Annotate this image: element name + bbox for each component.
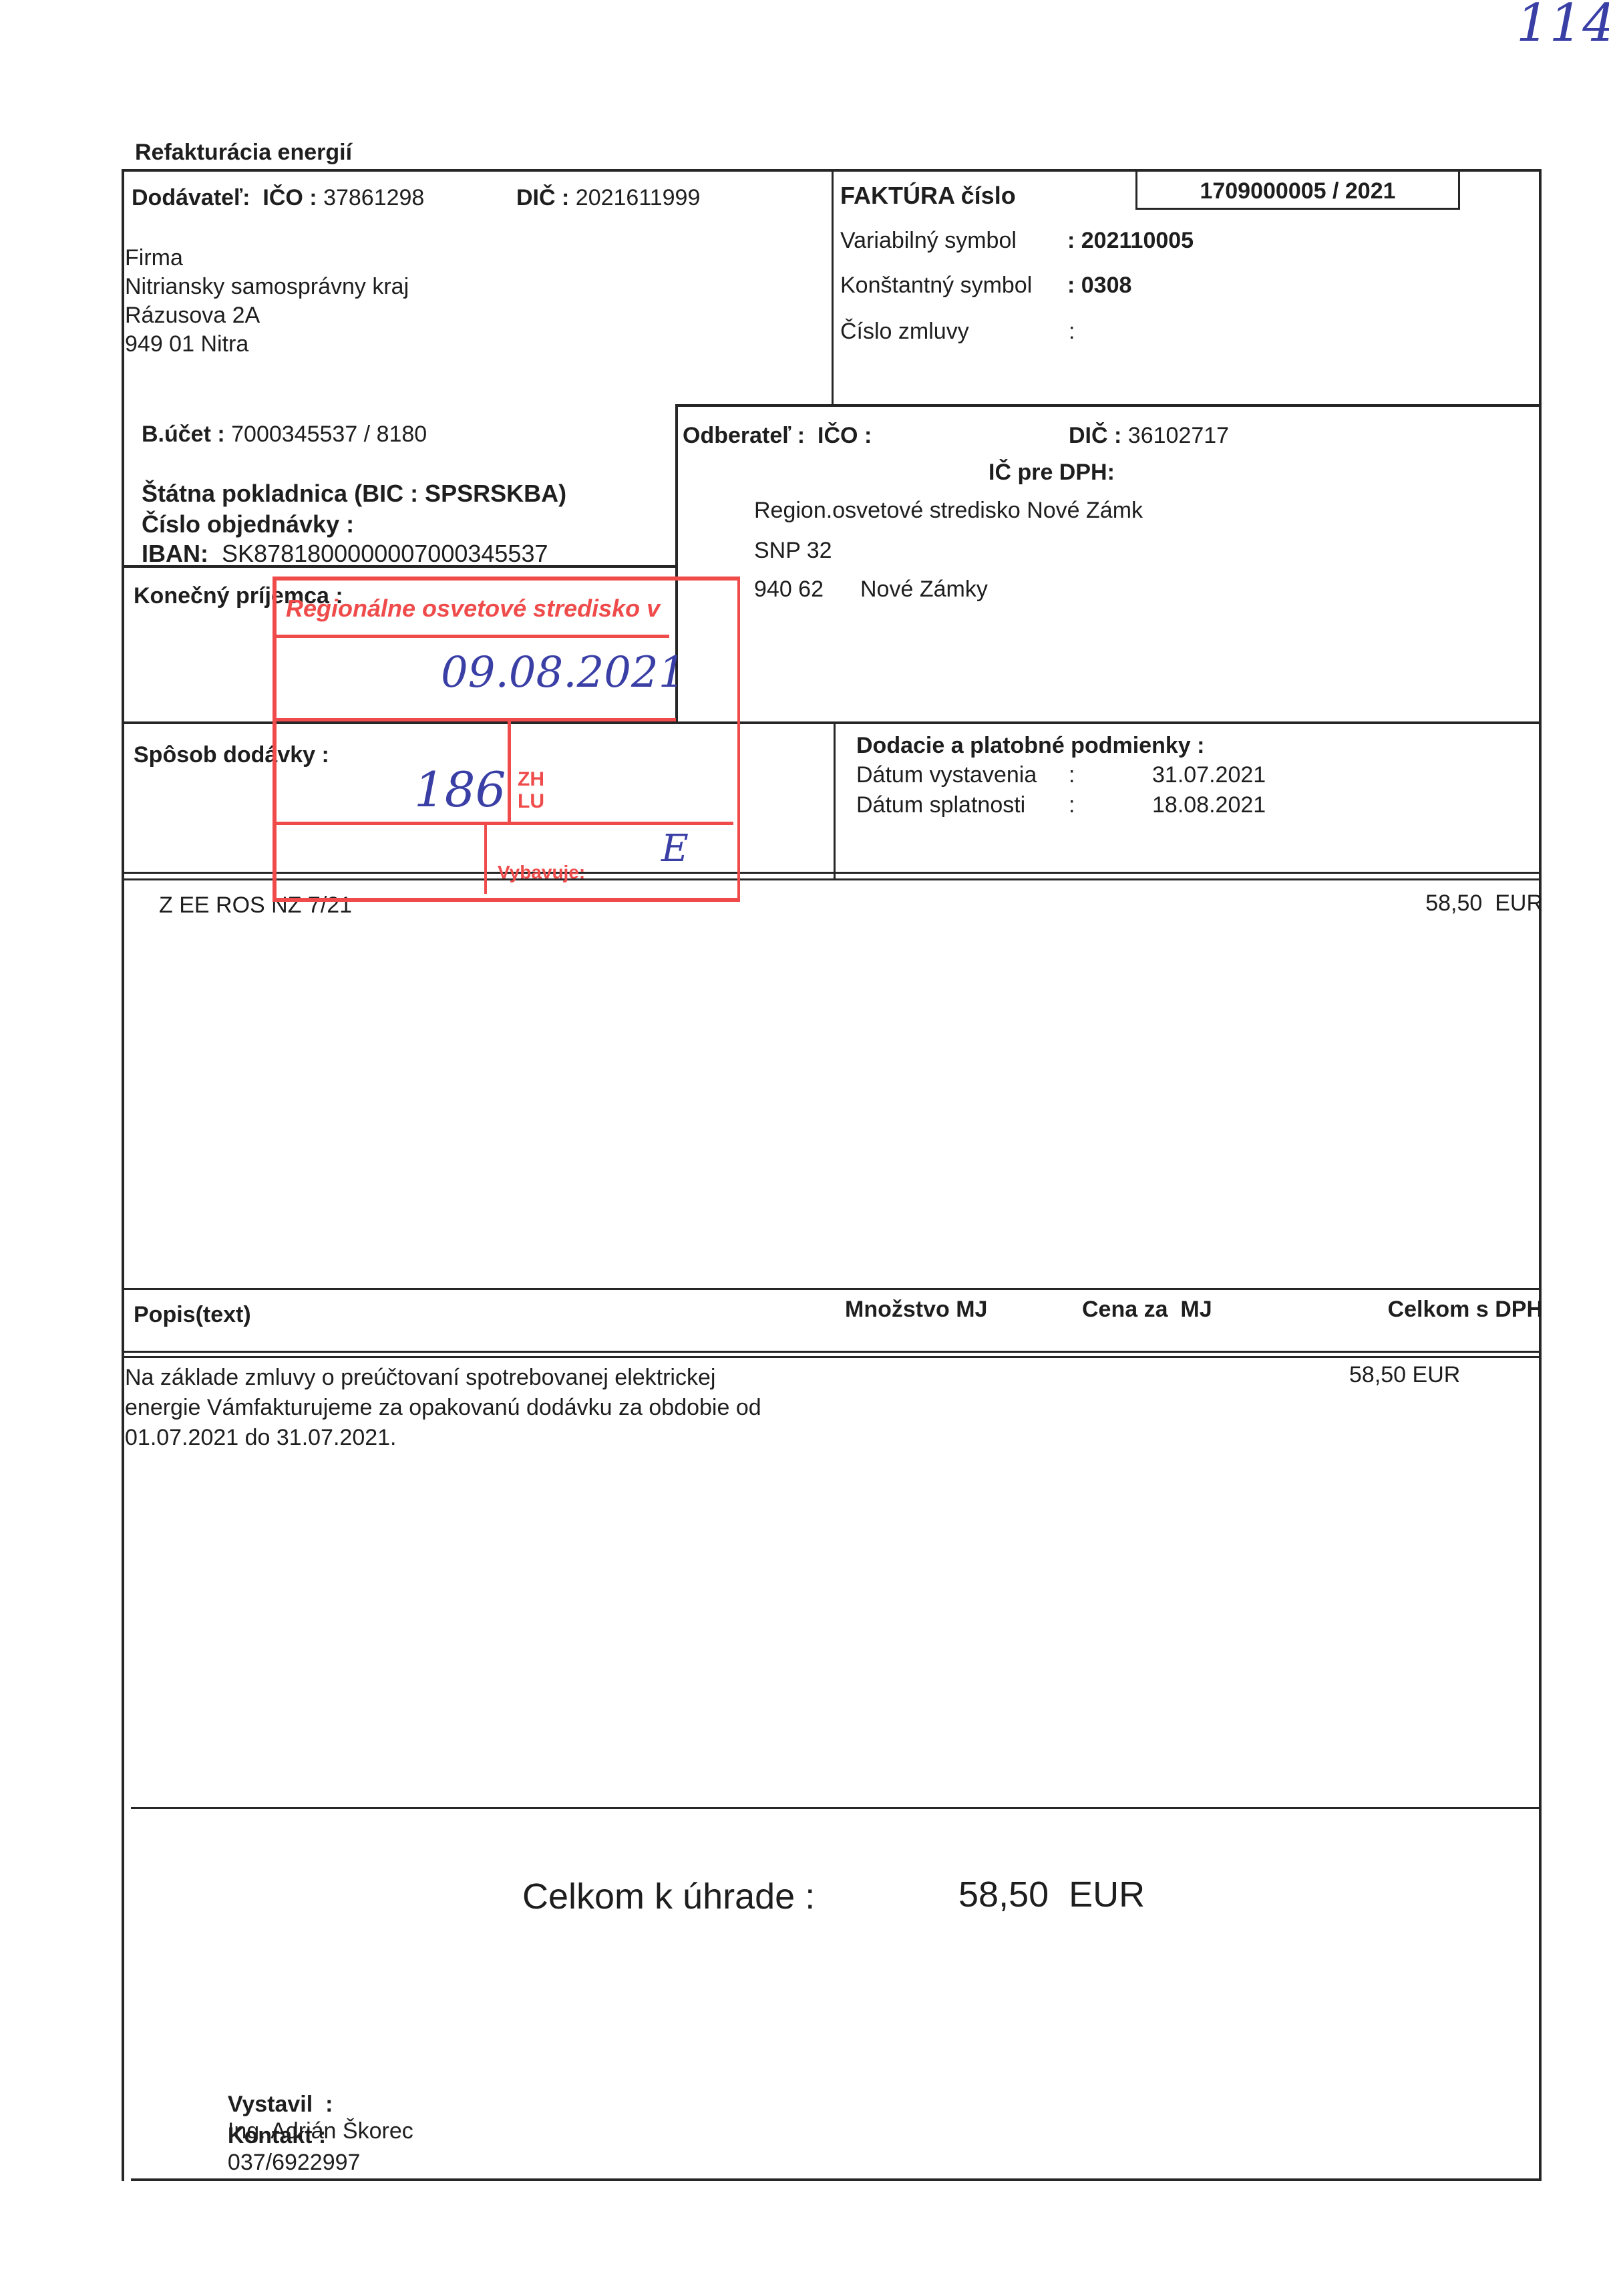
variable-symbol: : 202110005 bbox=[1067, 227, 1194, 254]
table-header-quantity: Množstvo MJ bbox=[845, 1296, 987, 1323]
issue-date-colon: : bbox=[1069, 762, 1075, 788]
stamp-handled-by-label: Vybavuje: bbox=[498, 862, 585, 883]
customer-header: Odberateľ : IČO : bbox=[683, 422, 872, 449]
invoice-label: FAKTÚRA číslo bbox=[840, 182, 1016, 210]
due-date-label: Dátum splatnosti bbox=[856, 792, 1025, 818]
total-top-line bbox=[131, 1807, 1542, 1809]
stamp-code-2: LU bbox=[518, 790, 544, 813]
row-description-line: energie Vámfakturujeme za opakovanú dodá… bbox=[125, 1393, 761, 1423]
table-header-total: Celkom s DPH bbox=[1322, 1296, 1543, 1323]
contact-label: Kontakt : bbox=[228, 2123, 326, 2148]
stamp-line-2 bbox=[275, 718, 676, 721]
order-number-label: Číslo objednávky : bbox=[142, 510, 354, 538]
supplier-dic-label: DIČ : bbox=[516, 185, 569, 210]
table-row: Na základe zmluvy o preúčtovaní spotrebo… bbox=[125, 1363, 761, 1453]
handwritten-page-number: 114 bbox=[1516, 0, 1609, 53]
bank-account-value: 7000345537 / 8180 bbox=[231, 422, 427, 447]
stamp-line-1 bbox=[275, 635, 669, 638]
terms-label: Dodacie a platobné podmienky : bbox=[856, 732, 1204, 759]
customer-vat-label: IČ pre DPH: bbox=[989, 459, 1115, 486]
table-header-top bbox=[122, 1288, 1542, 1290]
customer-dic-value: 36102717 bbox=[1128, 423, 1229, 448]
frame-left bbox=[122, 169, 124, 2181]
frame-right bbox=[1539, 169, 1542, 2180]
table-header-bottom-1 bbox=[122, 1351, 1542, 1353]
customer-label: Odberateľ : bbox=[683, 423, 805, 448]
table-header-bottom-2 bbox=[122, 1356, 1542, 1358]
frame-bottom bbox=[131, 2178, 1542, 2181]
customer-dic-label: DIČ : bbox=[1069, 423, 1121, 448]
constant-symbol-label: Konštantný symbol bbox=[840, 272, 1032, 299]
bank-account: B.účet : 7000345537 / 8180 bbox=[142, 421, 427, 448]
contract-number-label: Číslo zmluvy bbox=[840, 318, 969, 345]
supplier-address-line: Rázusova 2A bbox=[125, 301, 409, 330]
contact-value: 037/6922997 bbox=[228, 2150, 361, 2175]
supplier-address-line: Nitriansky samosprávny kraj bbox=[125, 273, 409, 301]
row-description-line: Na základe zmluvy o preúčtovaní spotrebo… bbox=[125, 1363, 761, 1393]
bank-name: Štátna pokladnica (BIC : SPSRSKBA) bbox=[142, 480, 566, 508]
customer-dic: DIČ : 36102717 bbox=[1069, 422, 1229, 449]
divider-delivery-terms bbox=[834, 721, 836, 878]
contract-number-value: : bbox=[1069, 318, 1075, 345]
supplier-dic-value: 2021611999 bbox=[576, 185, 701, 210]
stamp-vertical-1 bbox=[508, 718, 511, 822]
stamp-received-date: 09.08.2021 bbox=[441, 648, 685, 697]
stamp-registry-number: 186 bbox=[414, 762, 506, 818]
customer-name: Region.osvetové stredisko Nové Zámk bbox=[754, 497, 1143, 524]
total-amount: 58,50 EUR bbox=[958, 1874, 1145, 1915]
stamp-vertical-2 bbox=[484, 822, 487, 894]
due-date-colon: : bbox=[1069, 792, 1075, 818]
customer-city: Nové Zámky bbox=[860, 576, 988, 603]
constant-symbol: : 0308 bbox=[1067, 272, 1131, 299]
supplier-address-line: 949 01 Nitra bbox=[125, 330, 409, 359]
supplier-dic: DIČ : 2021611999 bbox=[516, 184, 700, 211]
supplier-label: Dodávateľ: bbox=[132, 185, 250, 210]
issue-date-label: Dátum vystavenia bbox=[856, 762, 1037, 788]
reference-amount: 58,50 EUR bbox=[1363, 890, 1543, 917]
supplier-header: Dodávateľ: IČO : 37861298 bbox=[132, 184, 424, 211]
supplier-address-line: Firma bbox=[125, 244, 409, 273]
customer-zip: 940 62 bbox=[754, 576, 824, 603]
customer-ico-label: IČO : bbox=[818, 423, 872, 448]
invoice-number: 1709000005 / 2021 bbox=[1135, 178, 1460, 204]
iban-value: SK8781800000007000345537 bbox=[222, 540, 548, 567]
row-total: 58,50 EUR bbox=[1349, 1361, 1460, 1388]
iban-label: IBAN: bbox=[142, 540, 208, 567]
supplier-ico-label: IČO : bbox=[262, 185, 317, 210]
stamp-code-1: ZH bbox=[518, 768, 544, 791]
issue-date: 31.07.2021 bbox=[1152, 762, 1266, 788]
stamp-org-text: Regionálne osvetové stredisko v Nových Z bbox=[286, 595, 667, 623]
supplier-address: Firma Nitriansky samosprávny kraj Rázuso… bbox=[125, 244, 409, 359]
table-header-description: Popis(text) bbox=[134, 1301, 251, 1328]
due-date: 18.08.2021 bbox=[1152, 792, 1266, 818]
iban: IBAN: SK8781800000007000345537 bbox=[142, 540, 548, 568]
divider-supplier-invoice bbox=[832, 169, 834, 406]
contact: Kontakt : 037/6922997 bbox=[215, 2096, 360, 2176]
document-title: Refakturácia energií bbox=[135, 139, 352, 166]
customer-street: SNP 32 bbox=[754, 537, 832, 564]
stamp-line-3 bbox=[275, 822, 733, 825]
row-description-line: 01.07.2021 do 31.07.2021. bbox=[125, 1423, 761, 1453]
bank-account-label: B.účet : bbox=[142, 422, 225, 447]
supplier-ico: 37861298 bbox=[323, 185, 424, 210]
total-label: Celkom k úhrade : bbox=[522, 1876, 815, 1917]
stamp-handled-by-mark: E bbox=[661, 827, 689, 870]
table-header-unit-price: Cena za MJ bbox=[1082, 1296, 1212, 1323]
variable-symbol-label: Variabilný symbol bbox=[840, 227, 1017, 254]
customer-box-top bbox=[675, 404, 1542, 407]
